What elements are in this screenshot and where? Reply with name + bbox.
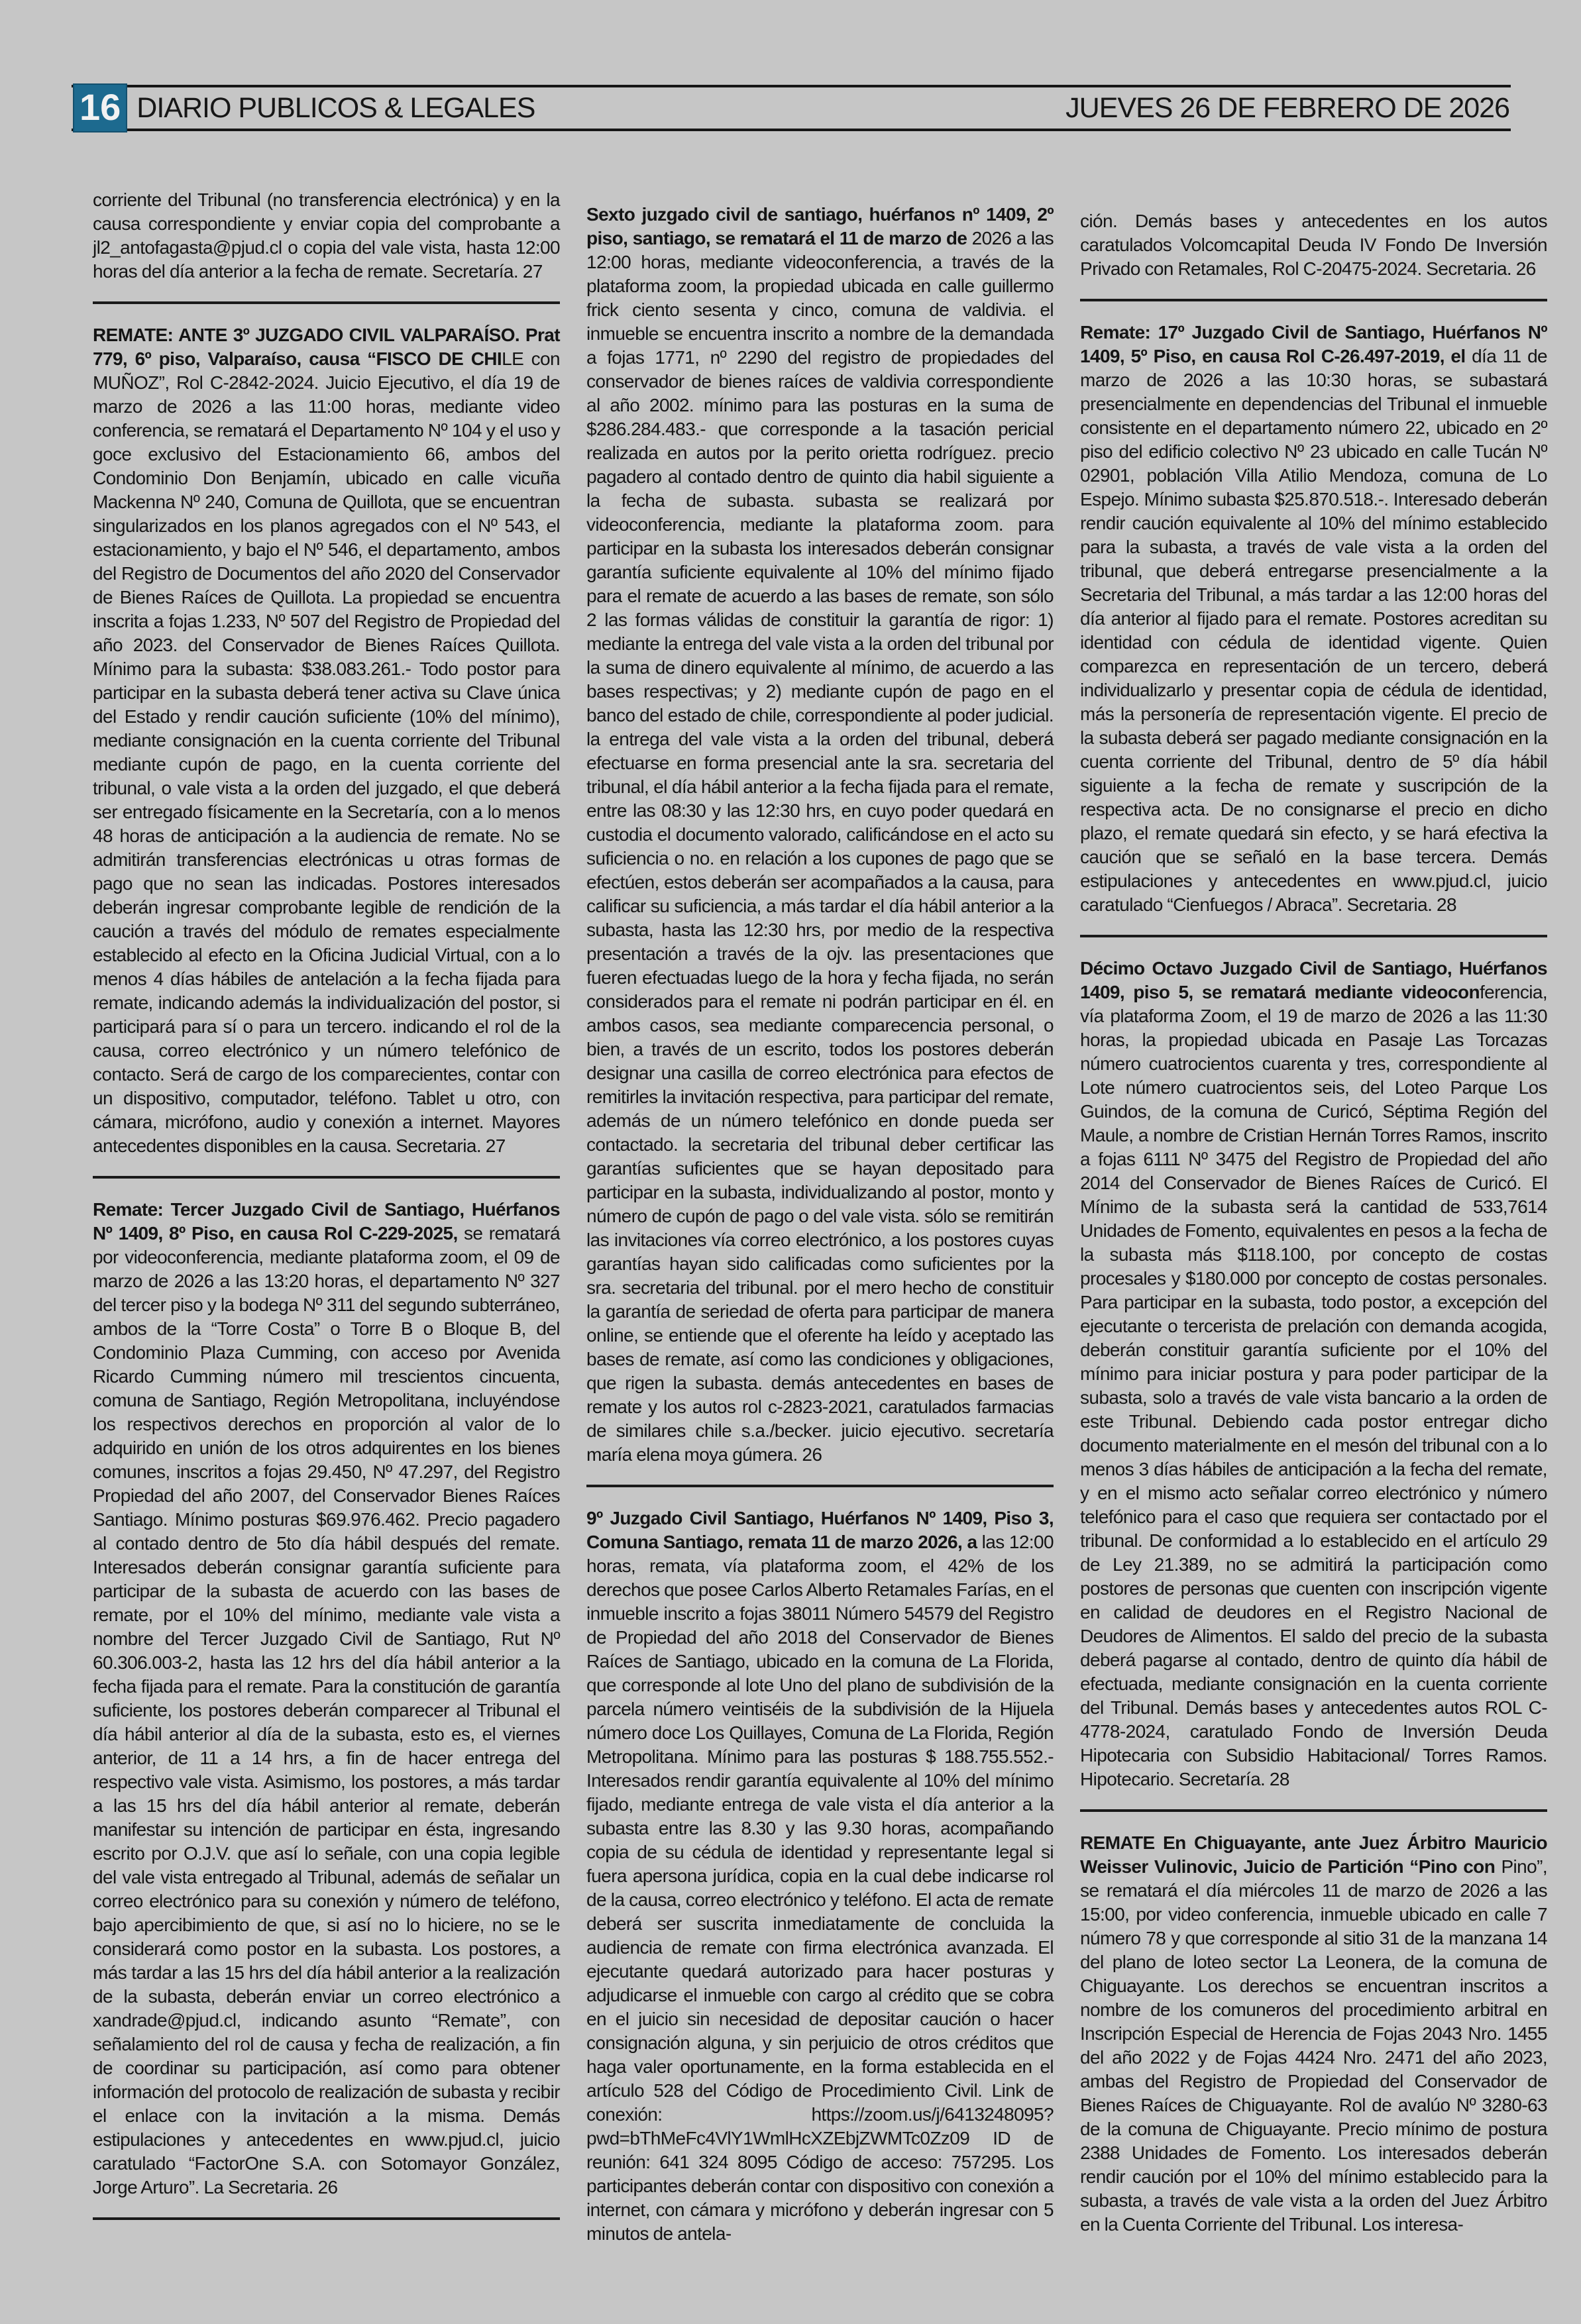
notice-body: ción. Demás bases y antecedentes en los … — [1080, 211, 1547, 279]
notice-divider — [1080, 935, 1547, 937]
legal-notice: corriente del Tribunal (no transferencia… — [93, 188, 560, 284]
legal-notice: Décimo Octavo Juzgado Civil de Santiago,… — [1080, 957, 1547, 1791]
legal-notice: ción. Demás bases y antecedentes en los … — [1080, 209, 1547, 281]
legal-notice: Remate: Tercer Juzgado Civil de Santiago… — [93, 1198, 560, 2199]
header-left: 16 DIARIO PUBLICOS & LEGALES — [73, 87, 535, 129]
notice-divider — [93, 1176, 560, 1179]
legal-notice: Remate: 17º Juzgado Civil de Santiago, H… — [1080, 321, 1547, 917]
notice-body: corriente del Tribunal (no transferencia… — [93, 189, 560, 282]
newspaper-page: 16 DIARIO PUBLICOS & LEGALES JUEVES 26 D… — [0, 0, 1581, 2324]
issue-date: JUEVES 26 DE FEBRERO DE 2026 — [1065, 92, 1509, 125]
notice-lead: REMATE: ANTE 3º JUZGADO CIVIL VALPARAÍSO… — [93, 325, 560, 369]
column-3: ción. Demás bases y antecedentes en los … — [1080, 188, 1547, 2246]
page-number-badge: 16 — [73, 83, 127, 132]
legal-notice: REMATE En Chiguayante, ante Juez Árbitro… — [1080, 1831, 1547, 2237]
notice-columns: corriente del Tribunal (no transferencia… — [93, 188, 1548, 2246]
notice-body: ferencia, vía plataforma Zoom, el 19 de … — [1080, 982, 1547, 1789]
notice-lead: REMATE En Chiguayante, ante Juez Árbitro… — [1080, 1832, 1547, 1877]
legal-notice: REMATE: ANTE 3º JUZGADO CIVIL VALPARAÍSO… — [93, 323, 560, 1158]
page-header: 16 DIARIO PUBLICOS & LEGALES JUEVES 26 D… — [72, 85, 1511, 131]
notice-body: 2026 a las 12:00 horas, mediante videoco… — [586, 228, 1054, 1465]
notice-divider — [93, 2217, 560, 2220]
notice-divider — [586, 1485, 1054, 1487]
masthead-title: DIARIO PUBLICOS & LEGALES — [136, 92, 535, 125]
legal-notice: Sexto juzgado civil de santiago, huérfan… — [586, 203, 1054, 1467]
notice-divider — [1080, 1809, 1547, 1812]
notice-body: día 11 de marzo de 2026 a las 10:30 hora… — [1080, 346, 1547, 915]
notice-lead: Décimo Octavo Juzgado Civil de Santiago,… — [1080, 958, 1547, 1002]
notice-divider — [93, 301, 560, 304]
column-1: corriente del Tribunal (no transferencia… — [93, 188, 560, 2246]
legal-notice: 9º Juzgado Civil Santiago, Huérfanos Nº … — [586, 1506, 1054, 2246]
notice-body: LE con MUÑOZ”, Rol C-2842-2024. Juicio E… — [93, 348, 560, 1156]
notice-body: Pino”, se rematará el día miércoles 11 d… — [1080, 1856, 1547, 2235]
notice-body: se rematará por videoconferencia, median… — [93, 1223, 560, 2197]
notice-body: las 12:00 horas, remata, vía plataforma … — [586, 1532, 1054, 2244]
notice-divider — [1080, 299, 1547, 301]
column-2: Sexto juzgado civil de santiago, huérfan… — [586, 188, 1054, 2246]
